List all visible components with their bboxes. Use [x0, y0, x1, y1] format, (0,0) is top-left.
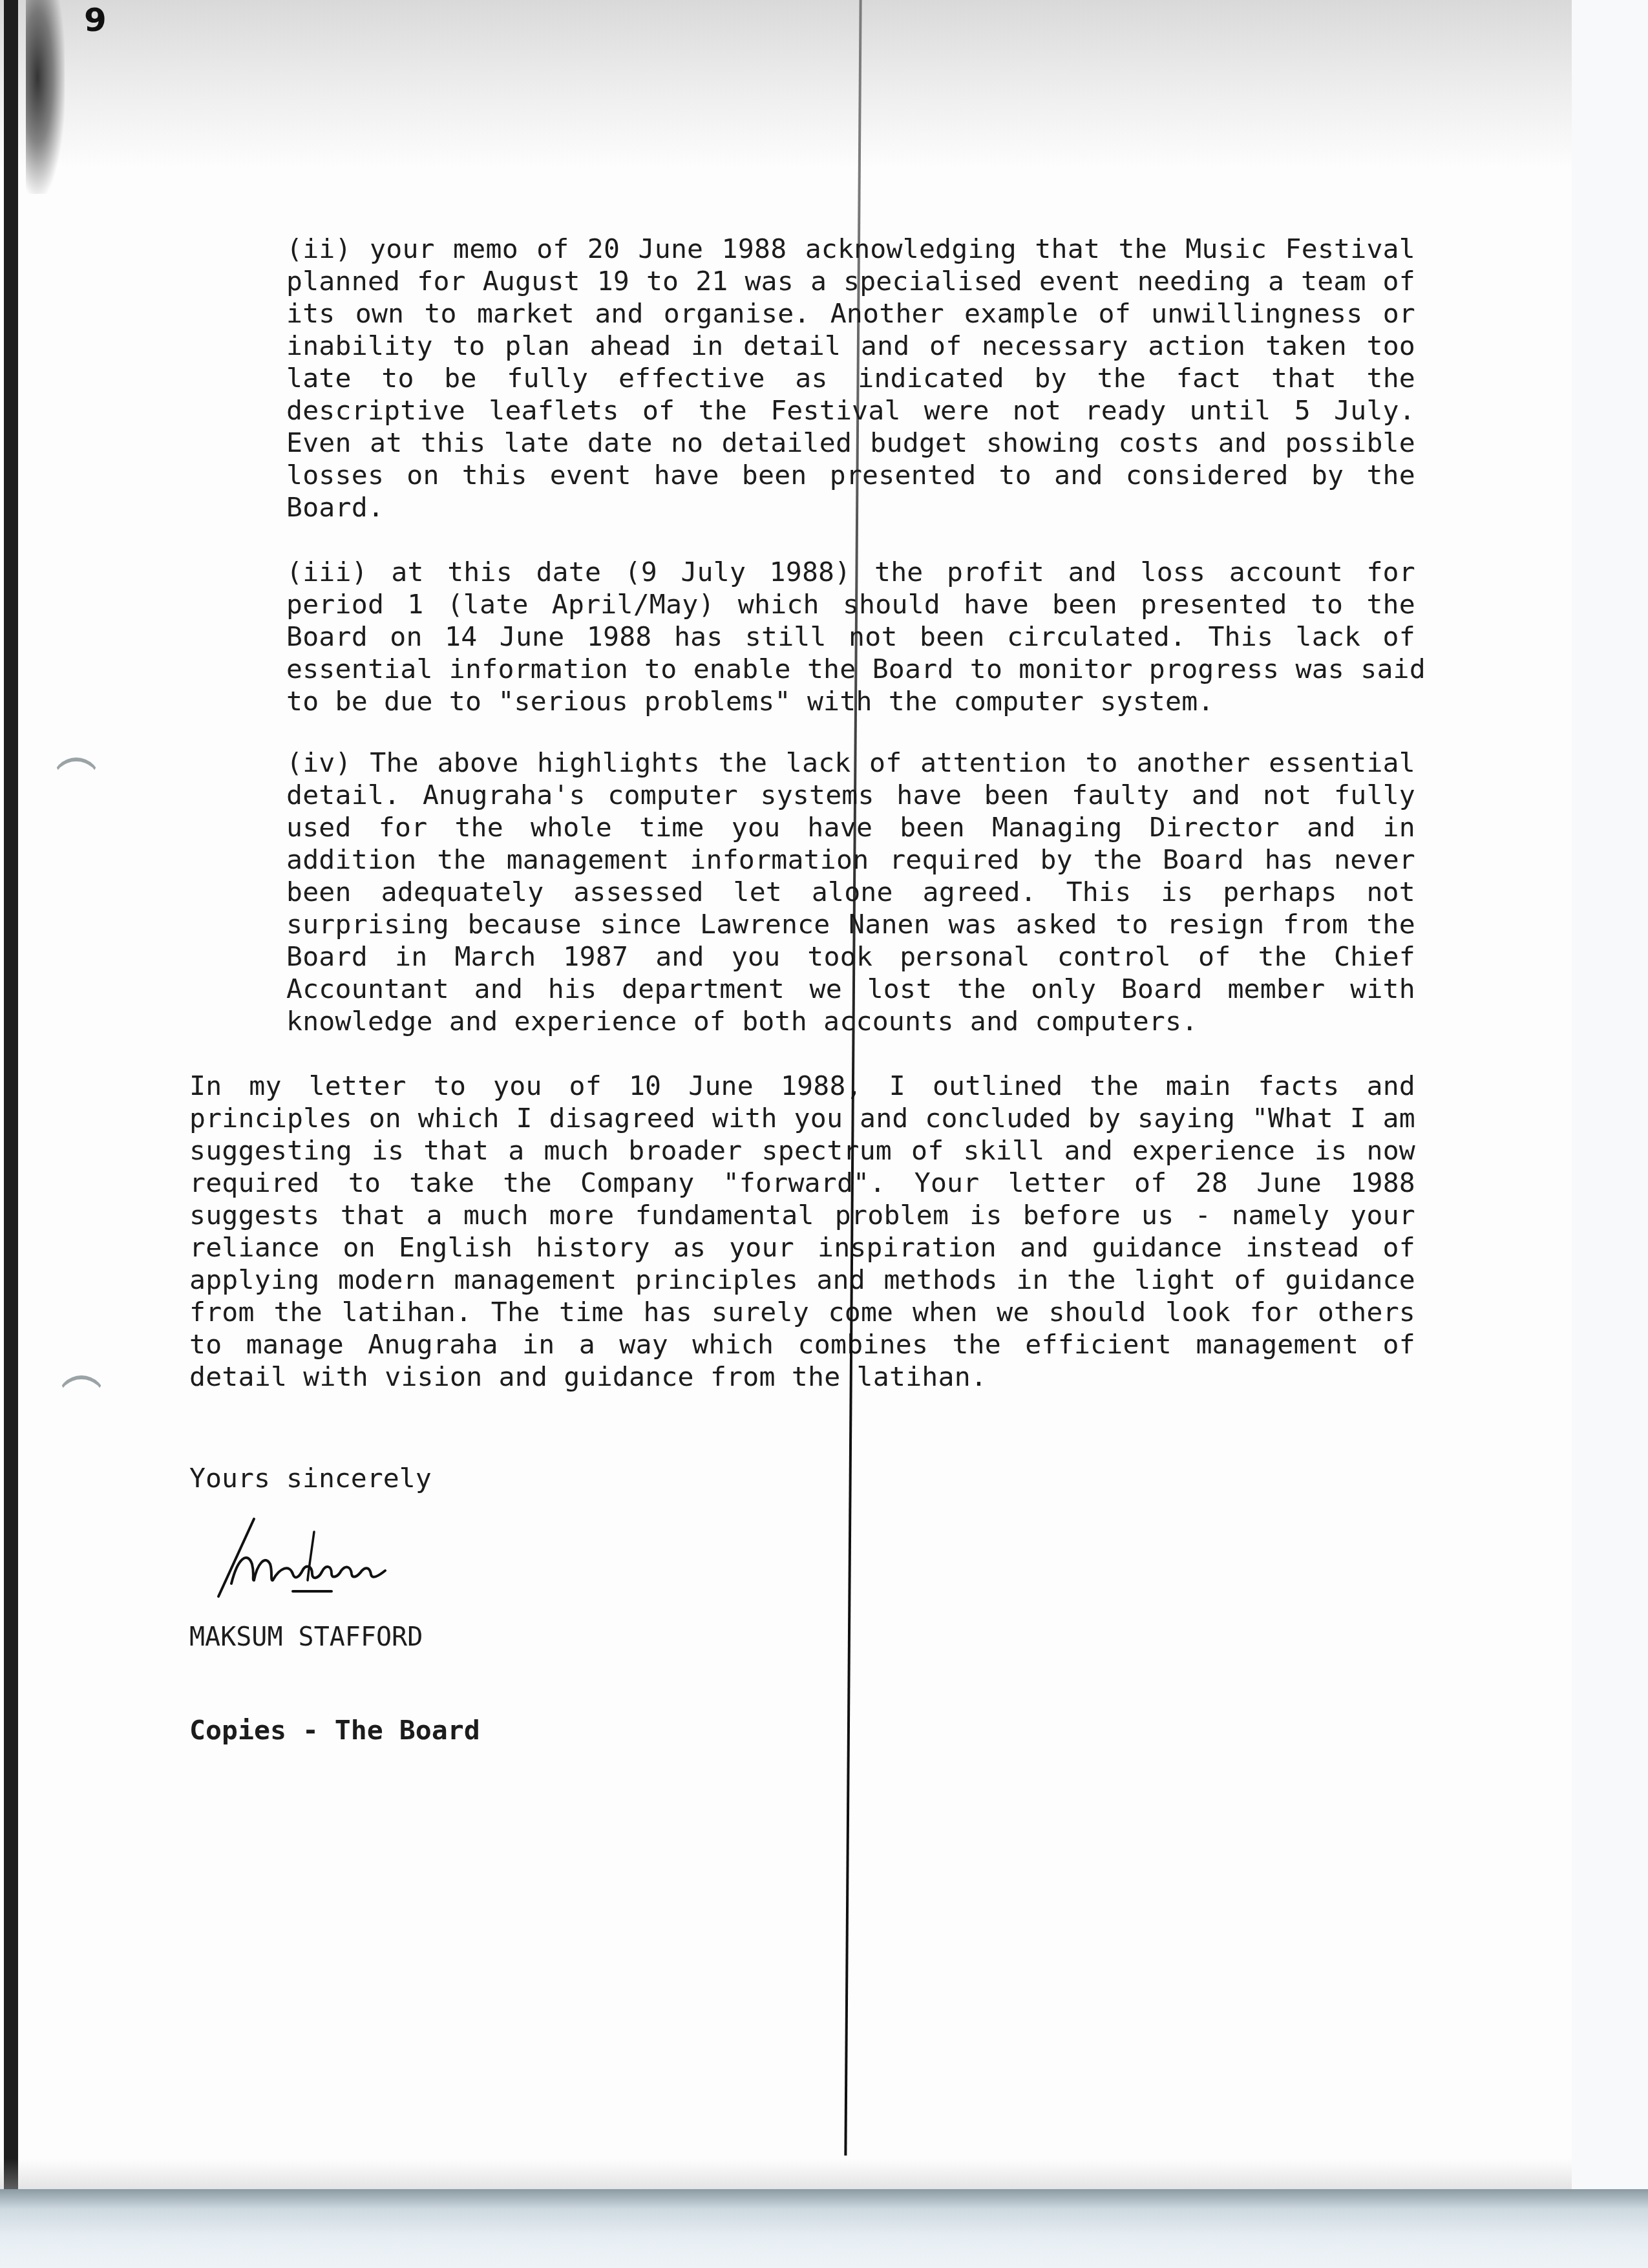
text-line: (iv) The above highlights the lack of at…	[286, 747, 1415, 779]
photocopy-shading	[0, 0, 1572, 168]
text-line: descriptive leaflets of the Festival wer…	[286, 394, 1415, 427]
text-line: knowledge and experience of both account…	[286, 1005, 1415, 1037]
paragraph-ii: (ii) your memo of 20 June 1988 acknowled…	[286, 233, 1415, 524]
text-line: suggesting is that a much broader spectr…	[189, 1134, 1415, 1167]
text-line: late to be fully effective as indicated …	[286, 362, 1415, 394]
text-line: Accountant and his department we lost th…	[286, 973, 1415, 1005]
toner-smudge	[26, 0, 65, 194]
text-line: Board on 14 June 1988 has still not been…	[286, 620, 1415, 653]
text-line: used for the whole time you have been Ma…	[286, 811, 1415, 843]
text-line: applying modern management principles an…	[189, 1264, 1415, 1296]
text-line: its own to market and organise. Another …	[286, 297, 1415, 330]
text-line: to manage Anugraha in a way which combin…	[189, 1328, 1415, 1361]
punch-hole-icon	[57, 1375, 106, 1425]
text-line: Board.	[286, 491, 1415, 524]
text-line: In my letter to you of 10 June 1988, I o…	[189, 1070, 1415, 1102]
text-line: essential information to enable the Boar…	[286, 653, 1415, 685]
text-line: addition the management information requ…	[286, 843, 1415, 876]
text-line: from the latihan. The time has surely co…	[189, 1296, 1415, 1328]
text-line: been adequately assessed let alone agree…	[286, 876, 1415, 908]
text-line: (iii) at this date (9 July 1988) the pro…	[286, 556, 1415, 588]
text-line: principles on which I disagreed with you…	[189, 1102, 1415, 1134]
paragraph-iv: (iv) The above highlights the lack of at…	[286, 747, 1415, 1037]
paragraph-iii: (iii) at this date (9 July 1988) the pro…	[286, 556, 1415, 717]
signer-name: MAKSUM STAFFORD	[189, 1621, 423, 1653]
corner-page-mark: 9	[84, 1, 107, 39]
text-line: required to take the Company "forward". …	[189, 1167, 1415, 1199]
text-line: reliance on English history as your insp…	[189, 1231, 1415, 1264]
text-line: surprising because since Lawrence Nanen …	[286, 908, 1415, 940]
bottom-shading	[0, 2159, 1572, 2189]
text-line: planned for August 19 to 21 was a specia…	[286, 265, 1415, 297]
text-line: detail with vision and guidance from the…	[189, 1361, 1415, 1393]
text-line: inability to plan ahead in detail and of…	[286, 330, 1415, 362]
text-line: to be due to "serious problems" with the…	[286, 685, 1415, 717]
punch-hole-icon	[52, 758, 101, 807]
text-line: suggests that a much more fundamental pr…	[189, 1199, 1415, 1231]
text-line: period 1 (late April/May) which should h…	[286, 588, 1415, 620]
copies-recipients: Copies - The Board	[189, 1714, 480, 1746]
page-left-edge	[4, 0, 18, 2189]
text-line: detail. Anugraha's computer systems have…	[286, 779, 1415, 811]
closing-salutation: Yours sincerely	[189, 1462, 432, 1494]
text-line: (ii) your memo of 20 June 1988 acknowled…	[286, 233, 1415, 265]
text-line: losses on this event have been presented…	[286, 459, 1415, 491]
signature-icon	[193, 1512, 425, 1603]
paragraph-main: In my letter to you of 10 June 1988, I o…	[189, 1070, 1415, 1393]
text-line: Board in March 1987 and you took persona…	[286, 940, 1415, 973]
text-line: Even at this late date no detailed budge…	[286, 427, 1415, 459]
scanner-background	[0, 2189, 1648, 2268]
